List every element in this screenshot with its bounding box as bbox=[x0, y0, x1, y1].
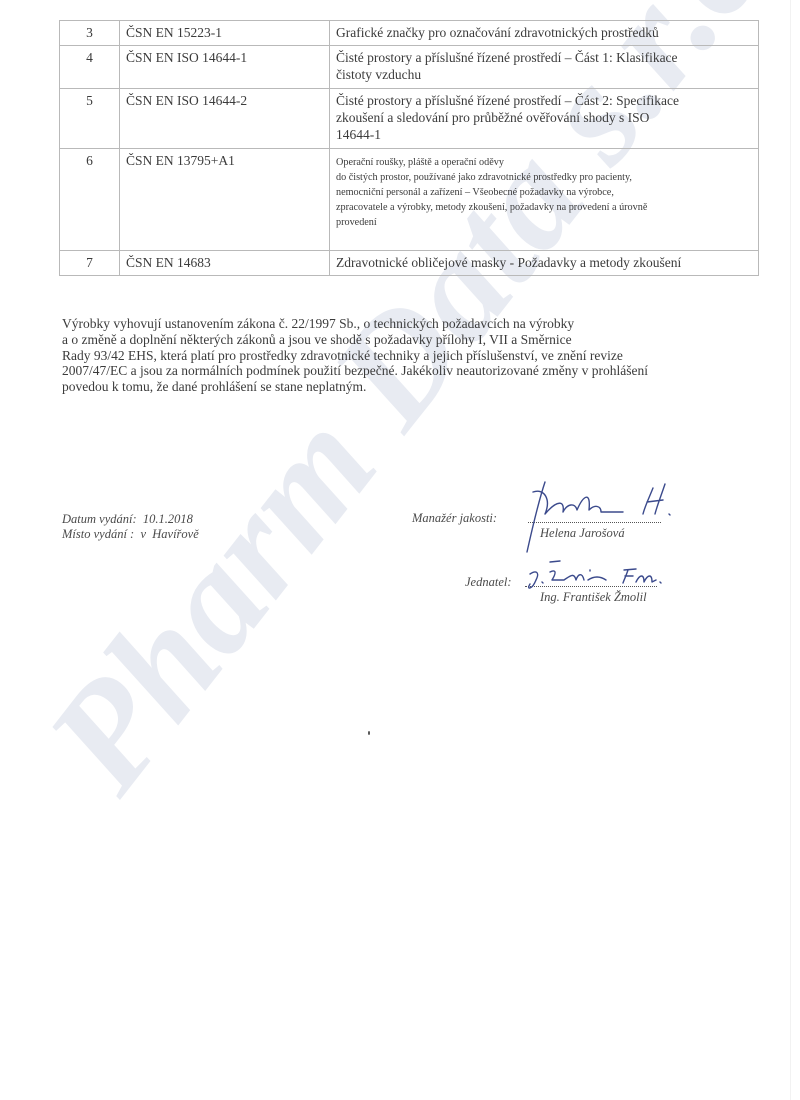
standard-description: Operační roušky, pláště a operační oděvy… bbox=[330, 149, 759, 251]
quality-manager-label: Manažér jakosti: bbox=[412, 511, 497, 526]
standard-code: ČSN EN ISO 14644-1 bbox=[120, 46, 330, 89]
description-line: Operační roušky, pláště a operační oděvy bbox=[336, 155, 752, 170]
scan-speck bbox=[368, 731, 370, 735]
table-row: 5ČSN EN ISO 14644-2Čisté prostory a přís… bbox=[60, 89, 759, 149]
issue-date: Datum vydání: 10.1.2018 bbox=[62, 512, 199, 527]
declaration-line: Rady 93/42 EHS, která platí pro prostřed… bbox=[62, 348, 782, 364]
description-line: Čisté prostory a příslušné řízené prostř… bbox=[336, 49, 752, 66]
description-line: Zdravotnické obličejové masky - Požadavk… bbox=[336, 254, 752, 271]
scan-edge-line bbox=[790, 0, 791, 1100]
director-signature bbox=[520, 556, 690, 596]
description-line: zkoušení a sledování pro průběžné ověřov… bbox=[336, 109, 752, 126]
issue-place: Místo vydání : v Havířově bbox=[62, 527, 199, 542]
table-row: 6ČSN EN 13795+A1Operační roušky, pláště … bbox=[60, 149, 759, 251]
row-number: 5 bbox=[60, 89, 120, 149]
table-row: 7ČSN EN 14683Zdravotnické obličejové mas… bbox=[60, 251, 759, 276]
standard-description: Čisté prostory a příslušné řízené prostř… bbox=[330, 89, 759, 149]
standard-description: Zdravotnické obličejové masky - Požadavk… bbox=[330, 251, 759, 276]
description-line: zpracovatele a výrobky, metody zkoušení,… bbox=[336, 200, 752, 215]
row-number: 7 bbox=[60, 251, 120, 276]
description-line: čistoty vzduchu bbox=[336, 66, 752, 83]
row-number: 6 bbox=[60, 149, 120, 251]
standard-code: ČSN EN 14683 bbox=[120, 251, 330, 276]
standard-code: ČSN EN 13795+A1 bbox=[120, 149, 330, 251]
standard-description: Čisté prostory a příslušné řízené prostř… bbox=[330, 46, 759, 89]
description-line: provedení bbox=[336, 215, 752, 230]
declaration-line: Výrobky vyhovují ustanovením zákona č. 2… bbox=[62, 316, 782, 332]
declaration-line: a o změně a doplnění některých zákonů a … bbox=[62, 332, 782, 348]
description-line: nemocniční personál a zařízení – Všeobec… bbox=[336, 185, 752, 200]
row-number: 3 bbox=[60, 21, 120, 46]
table-row: 3ČSN EN 15223-1Grafické značky pro označ… bbox=[60, 21, 759, 46]
declaration-line: 2007/47/EC a jsou za normálních podmínek… bbox=[62, 363, 782, 379]
conformity-declaration: Výrobky vyhovují ustanovením zákona č. 2… bbox=[62, 316, 782, 395]
row-number: 4 bbox=[60, 46, 120, 89]
description-line: Čisté prostory a příslušné řízené prostř… bbox=[336, 92, 752, 109]
standard-code: ČSN EN ISO 14644-2 bbox=[120, 89, 330, 149]
director-label: Jednatel: bbox=[465, 575, 512, 590]
issue-info: Datum vydání: 10.1.2018 Místo vydání : v… bbox=[62, 512, 199, 542]
description-line: Grafické značky pro označování zdravotni… bbox=[336, 24, 752, 41]
standard-description: Grafické značky pro označování zdravotni… bbox=[330, 21, 759, 46]
declaration-line: povedou k tomu, že dané prohlášení se st… bbox=[62, 379, 782, 395]
description-line: 14644-1 bbox=[336, 126, 752, 143]
description-line: do čistých prostor, používané jako zdrav… bbox=[336, 170, 752, 185]
table-row: 4ČSN EN ISO 14644-1Čisté prostory a přís… bbox=[60, 46, 759, 89]
standard-code: ČSN EN 15223-1 bbox=[120, 21, 330, 46]
quality-manager-signature bbox=[505, 470, 685, 560]
standards-table: 3ČSN EN 15223-1Grafické značky pro označ… bbox=[59, 20, 759, 276]
